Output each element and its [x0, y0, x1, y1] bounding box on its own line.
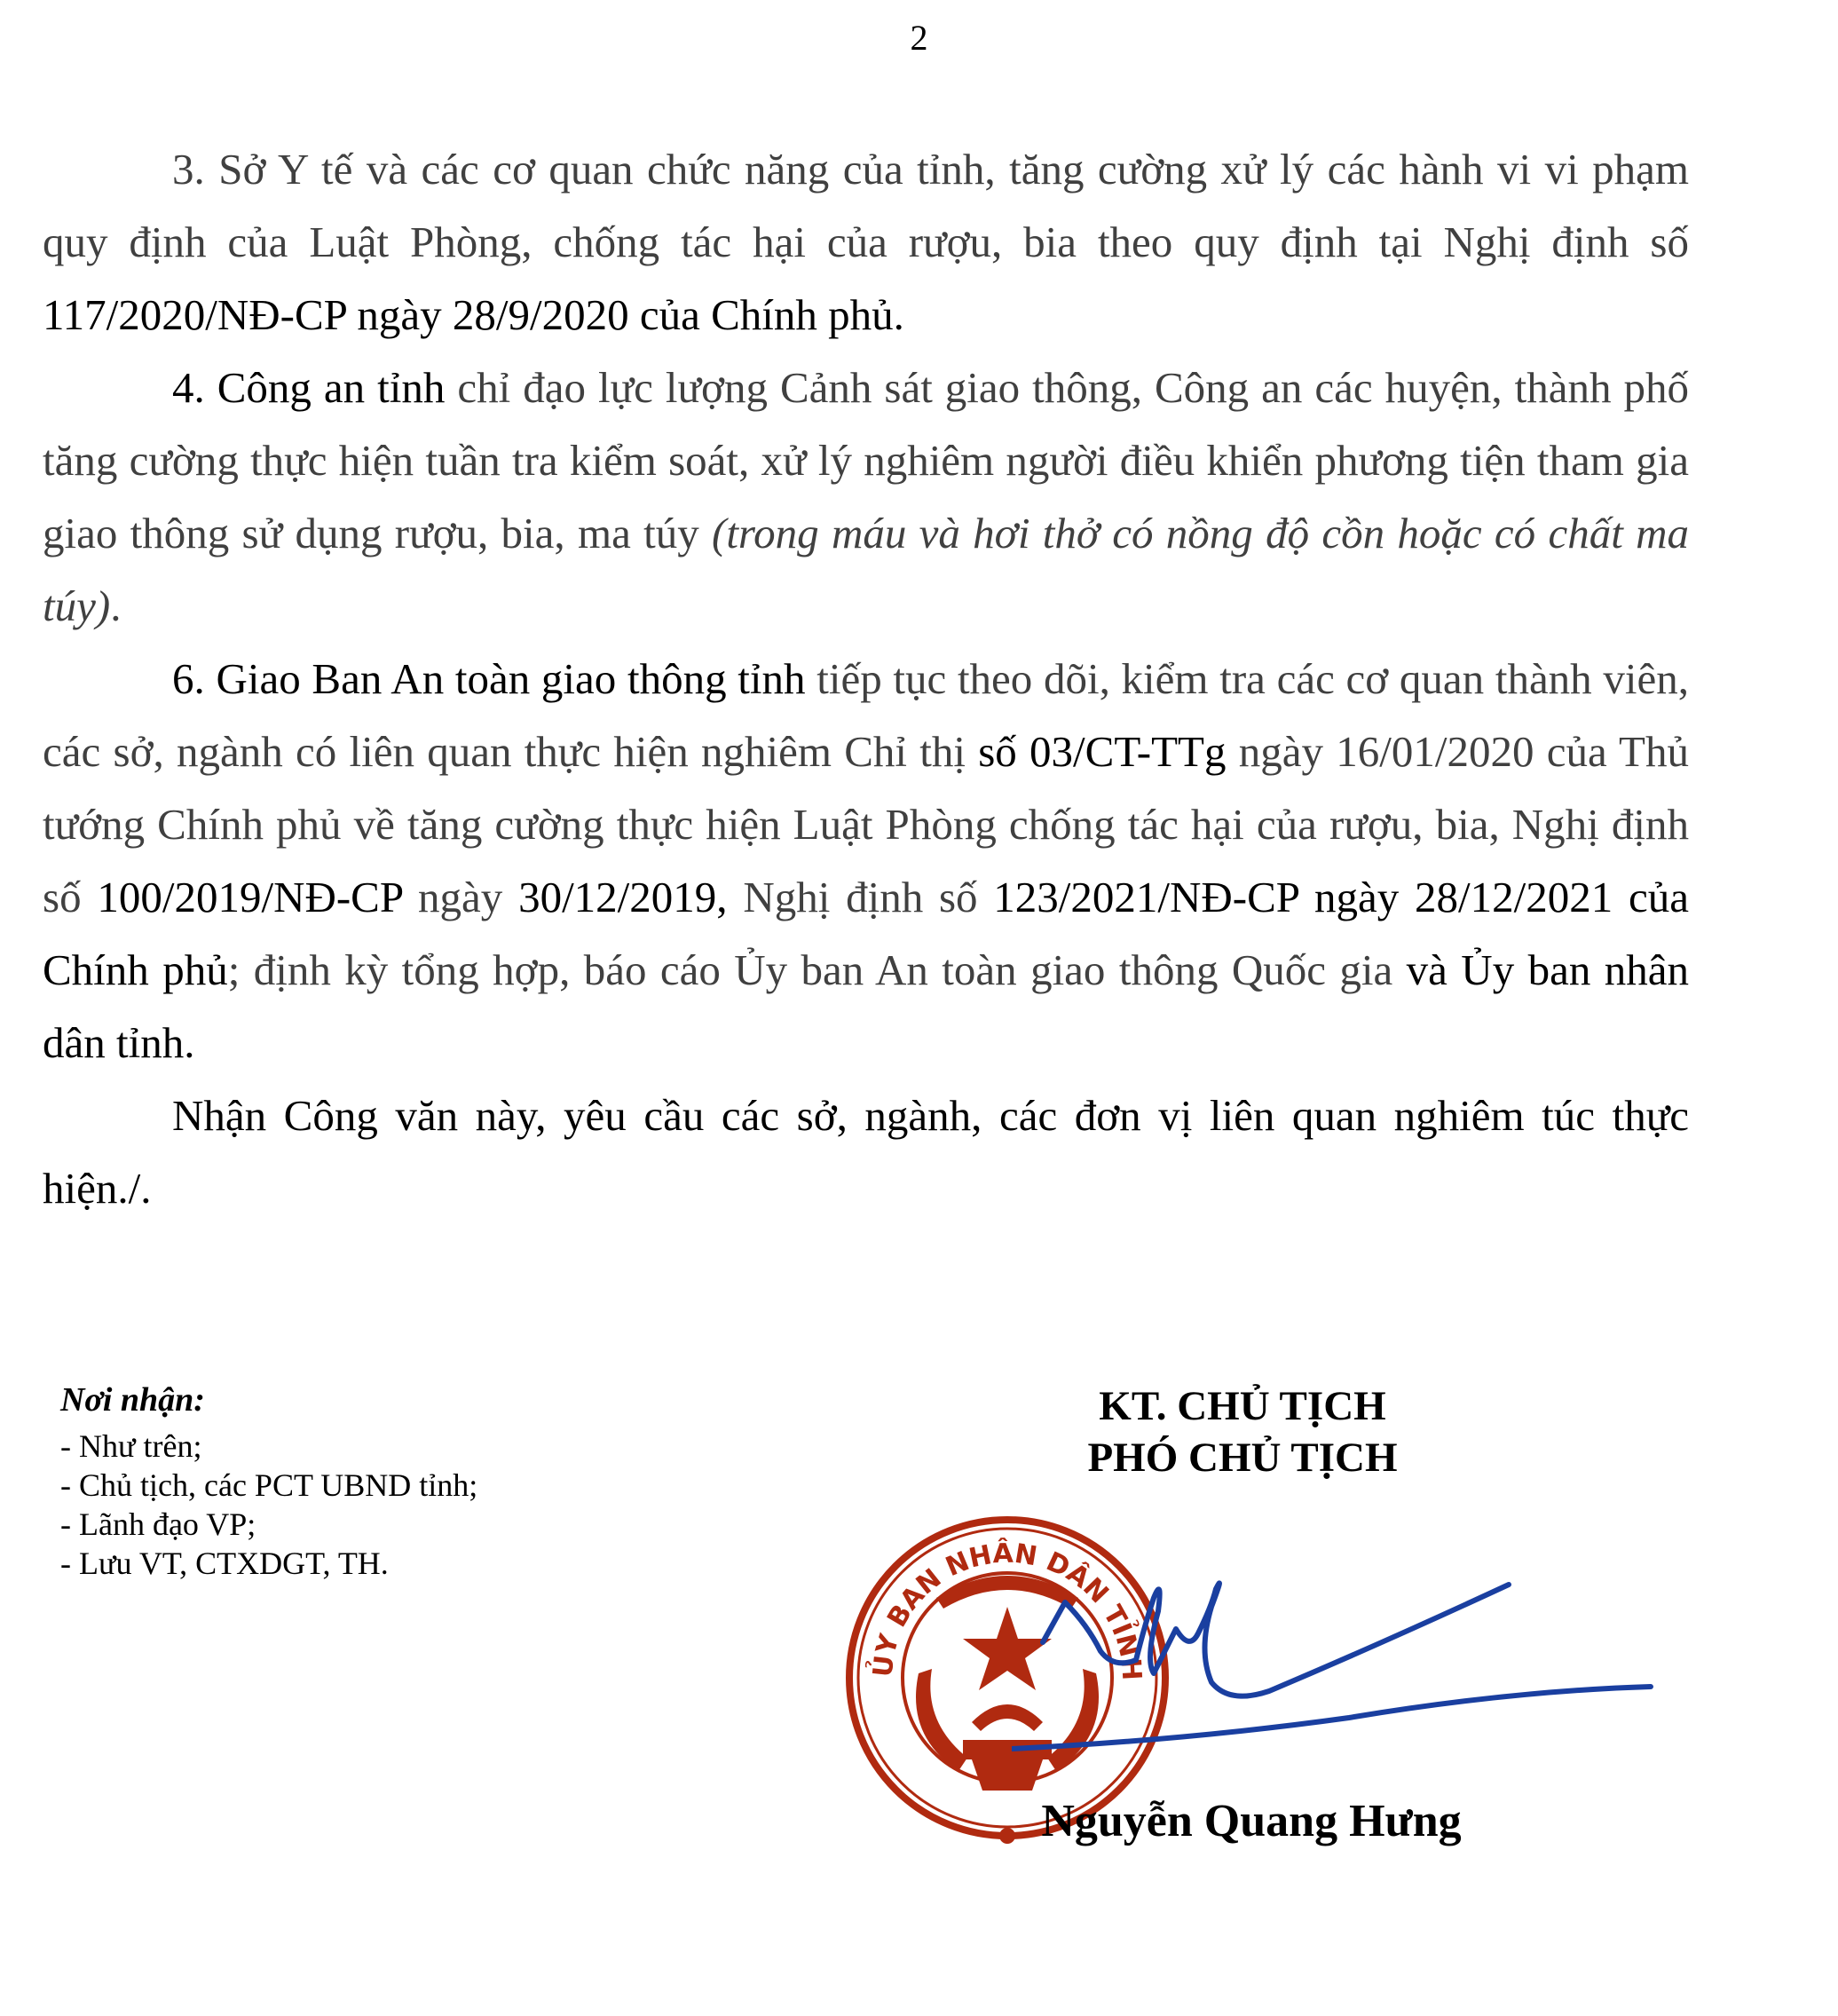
- p4-end: .: [110, 581, 121, 630]
- signature-title-line1: KT. CHỦ TỊCH: [1021, 1380, 1464, 1432]
- p6-date-1: 30/12/2019,: [518, 873, 727, 921]
- recipient-item: - Lưu VT, CTXDGT, TH.: [60, 1544, 477, 1583]
- recipient-item: - Như trên;: [60, 1427, 477, 1466]
- p6-text-5: ; định kỳ tổng hợp, báo cáo Ủy ban An to…: [228, 945, 1407, 994]
- paragraph-3: 3. Sở Y tế và các cơ quan chức năng của …: [43, 133, 1689, 352]
- p6-directive-ref: số 03/CT-TTg: [978, 727, 1226, 776]
- p6-text-4: Nghị định số: [728, 873, 994, 921]
- paragraph-4: 4. Công an tỉnh chỉ đạo lực lượng Cảnh s…: [43, 352, 1689, 643]
- p3-text: 3. Sở Y tế và các cơ quan chức năng của …: [43, 145, 1689, 266]
- p6-decree-ref-1: 100/2019/NĐ-CP: [97, 873, 402, 921]
- signer-name: Nguyễn Quang Hưng: [1003, 1793, 1500, 1850]
- p6-subject: 6. Giao Ban An toàn giao thông tỉnh: [172, 654, 806, 703]
- p4-subject: 4. Công an tỉnh: [172, 363, 445, 412]
- document-body: 3. Sở Y tế và các cơ quan chức năng của …: [43, 133, 1689, 1225]
- paragraph-6: 6. Giao Ban An toàn giao thông tỉnh tiếp…: [43, 643, 1689, 1079]
- recipients-heading: Nơi nhận:: [60, 1380, 477, 1419]
- page-number: 2: [0, 16, 1838, 60]
- closing-paragraph: Nhận Công văn này, yêu cầu các sở, ngành…: [43, 1079, 1689, 1225]
- handwritten-signature-icon: [1012, 1527, 1722, 1758]
- p6-text-3: ngày: [402, 873, 518, 921]
- p3-decree-ref: 117/2020/NĐ-CP ngày 28/9/2020 của Chính …: [43, 290, 904, 339]
- signature-title: KT. CHỦ TỊCH PHÓ CHỦ TỊCH: [1021, 1380, 1464, 1483]
- recipient-item: - Lãnh đạo VP;: [60, 1505, 477, 1544]
- recipients-block: Nơi nhận: - Như trên; - Chủ tịch, các PC…: [60, 1380, 477, 1583]
- recipient-item: - Chủ tịch, các PCT UBND tỉnh;: [60, 1466, 477, 1505]
- signature-title-line2: PHÓ CHỦ TỊCH: [1021, 1432, 1464, 1483]
